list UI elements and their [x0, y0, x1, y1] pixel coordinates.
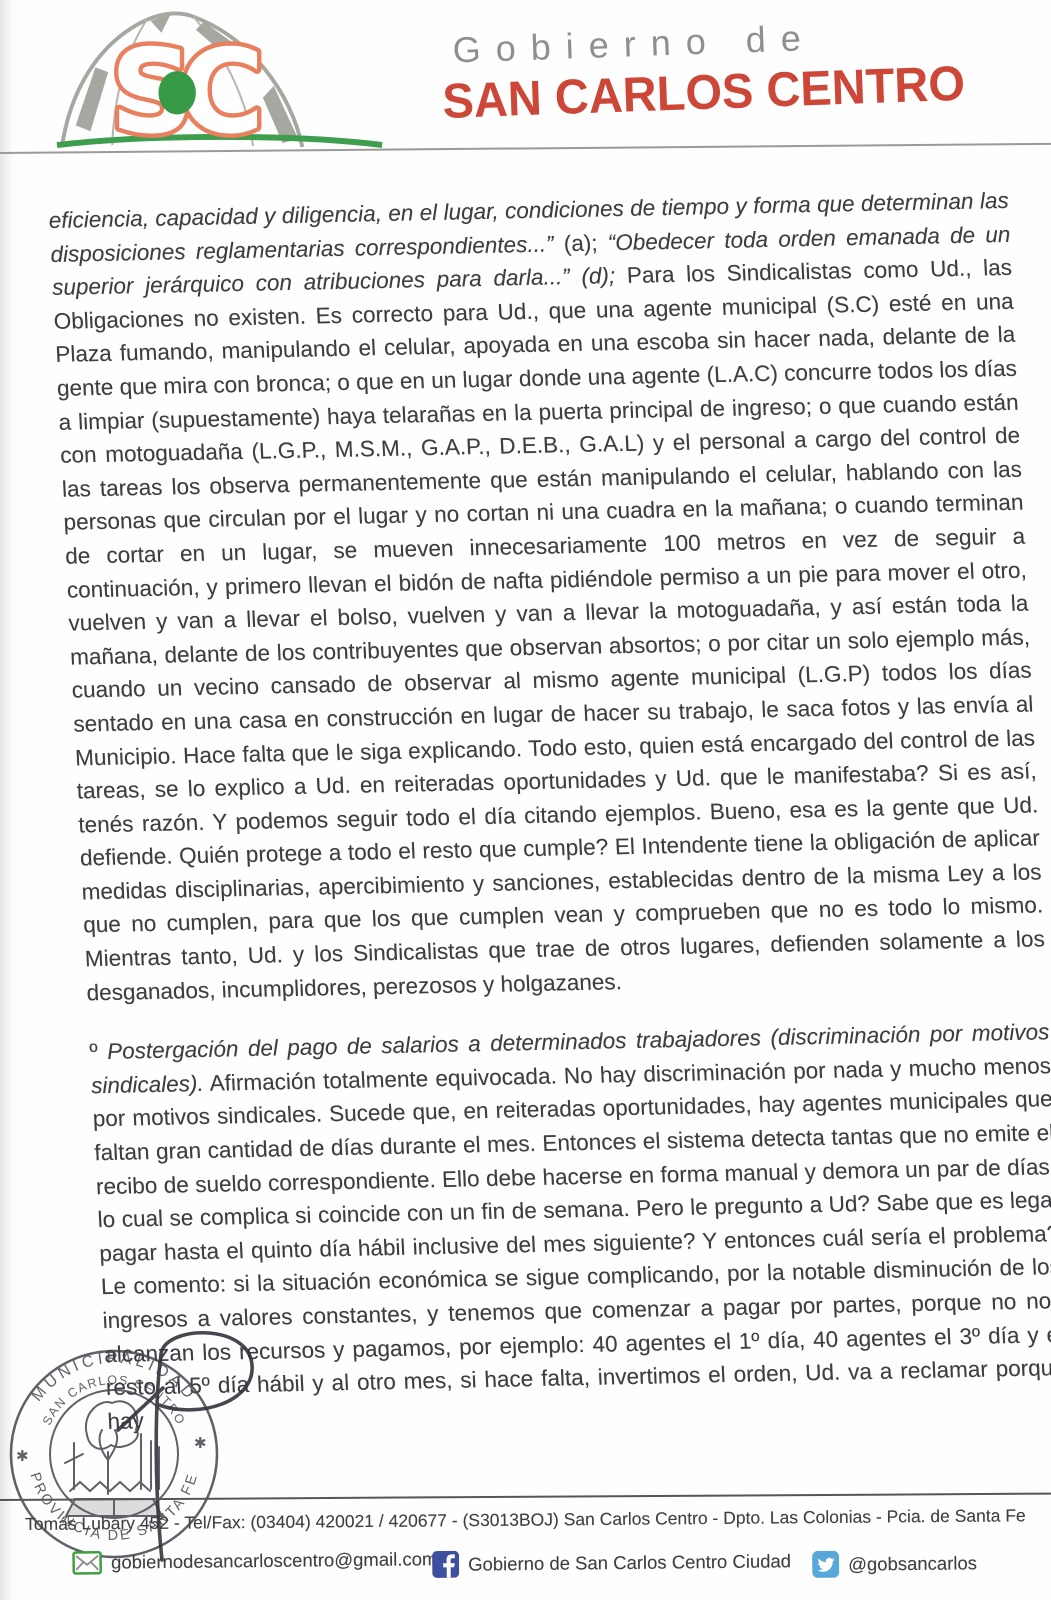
contact-email: gobiernodesancarloscentro@gmail.com — [72, 1547, 437, 1575]
letterhead: S C Gobierno de SAN CARLOS CENTRO — [0, 0, 1051, 160]
email-icon — [72, 1551, 102, 1575]
logo-green-dot — [158, 71, 195, 114]
seal-star-left: ✱ — [16, 1448, 29, 1465]
signature-stroke — [58, 1312, 303, 1577]
email-address: gobiernodesancarloscentro@gmail.com — [111, 1548, 437, 1573]
twitter-icon — [812, 1551, 839, 1578]
facebook-page-name: Gobierno de San Carlos Centro Ciudad — [468, 1550, 791, 1575]
facebook-icon — [432, 1551, 459, 1578]
san-carlos-centro-logo: S C — [55, 6, 390, 154]
paragraph-obligations: eficiencia, capacidad y diligencia, en e… — [48, 184, 1047, 1010]
ref-a: (a); — [563, 230, 608, 256]
contact-twitter: @gobsancarlos — [812, 1549, 977, 1578]
ordinal-marker: º — [89, 1039, 108, 1064]
twitter-handle: @gobsancarlos — [848, 1552, 977, 1575]
scanned-letter-page: S C Gobierno de SAN CARLOS CENTRO eficie… — [0, 0, 1051, 1600]
letter-body: eficiencia, capacidad y diligencia, en e… — [48, 184, 1051, 1438]
paragraph-obligations-text: Para los Sindicalistas como Ud., las Obl… — [53, 255, 1045, 1005]
org-name: Gobierno de SAN CARLOS CENTRO — [440, 11, 983, 130]
contact-facebook: Gobierno de San Carlos Centro Ciudad — [432, 1547, 791, 1578]
